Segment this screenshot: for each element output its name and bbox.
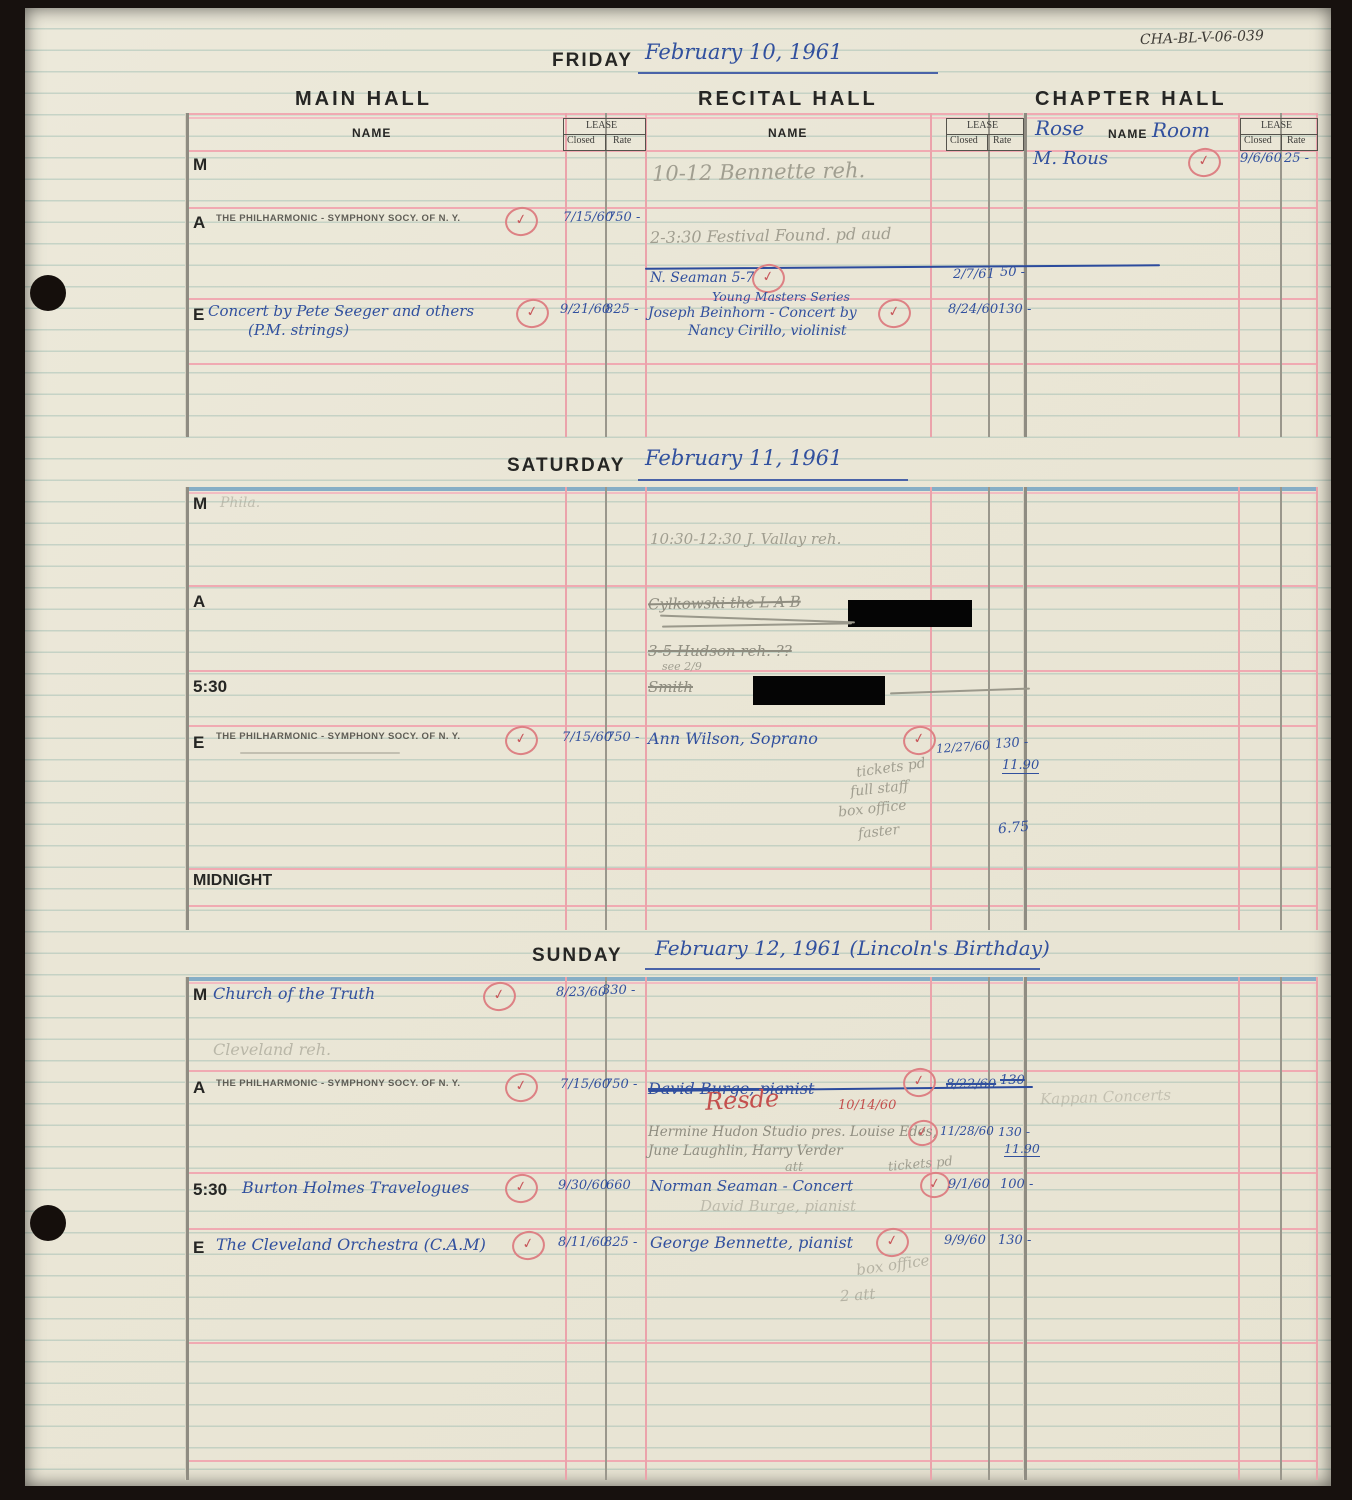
sunday-recital-e-entry: George Bennette, pianist <box>650 1233 853 1252</box>
sunday-main-530-entry: Burton Holmes Travelogues <box>242 1178 469 1197</box>
sunday-main-e-entry: The Cleveland Orchestra (C.A.M) <box>216 1235 486 1254</box>
saturday-row-530-bottom <box>185 725 1318 727</box>
main-hall-title: MAIN HALL <box>295 88 432 111</box>
sunday-recital-a3-entry: June Laughlin, Harry Verder <box>648 1143 843 1159</box>
main-closed-label: Closed <box>567 135 595 146</box>
sunday-recital-a1-closed: 8/22/60 <box>946 1077 996 1092</box>
friday-row-e-label: E <box>193 305 204 325</box>
friday-recital-e-entry: Joseph Beinhorn - Concert by <box>648 305 857 321</box>
friday-recital-a2-entry: N. Seaman 5-7 <box>650 270 754 286</box>
punch-hole-bottom <box>30 1205 66 1241</box>
friday-header-bottom <box>185 150 1318 152</box>
friday-chapter-m-closed: 9/6/60 <box>1240 151 1282 166</box>
sunday-row-a-label: A <box>193 1078 205 1098</box>
recital-hall-title: RECITAL HALL <box>698 88 878 111</box>
sunday-col-line <box>645 977 647 1480</box>
saturday-recital-a-crossed-entry2: 3-5 Hudson reh. ?? <box>648 642 792 660</box>
sunday-recital-e-closed: 9/9/60 <box>944 1233 986 1248</box>
main-rate-label: Rate <box>613 135 631 146</box>
sunday-main-m-closed: 8/23/60 <box>556 985 606 1000</box>
saturday-row-e-label: E <box>193 733 204 753</box>
sunday-row-a-bottom <box>185 1172 1318 1174</box>
saturday-row-a-label: A <box>193 592 205 612</box>
friday-recital-e-closed: 8/24/60 <box>948 302 998 317</box>
redaction-box <box>848 600 972 627</box>
friday-main-a-rate: 750 - <box>607 210 640 225</box>
sunday-main-a-stamp: THE PHILHARMONIC - SYMPHONY SOCY. OF N. … <box>216 1078 460 1089</box>
sunday-recital-a2-entry: Hermine Hudon Studio pres. Louise Edes, <box>648 1124 937 1140</box>
sunday-col-line <box>605 977 607 1480</box>
sunday-row-m-label: M <box>193 985 207 1005</box>
sunday-left-edge <box>185 977 189 1480</box>
main-name-header: NAME <box>352 126 391 140</box>
saturday-col-line <box>1280 487 1282 930</box>
sunday-main-m-rate: 330 - <box>602 983 635 998</box>
sunday-main-e-rate: 825 - <box>604 1235 637 1250</box>
saturday-col-line <box>930 487 932 930</box>
recital-rate-label: Rate <box>993 135 1011 146</box>
saturday-midnight-bottom <box>185 905 1318 907</box>
friday-row-m-bottom <box>185 207 1318 209</box>
chapter-header-note-right: Room <box>1152 118 1210 142</box>
friday-top-line2 <box>185 117 1318 119</box>
sunday-row-m-bottom <box>185 1070 1318 1072</box>
sunday-main-530-rate: 660 <box>606 1178 631 1193</box>
friday-recital-e-rate: 130 - <box>998 302 1031 317</box>
saturday-col-line <box>1023 487 1027 930</box>
sunday-col-line <box>1238 977 1240 1480</box>
friday-recital-m-entry: 10-12 Bennette reh. <box>652 158 866 186</box>
sunday-recital-e-rate: 130 - <box>998 1233 1031 1248</box>
sunday-recital-530-pencil: David Burge, pianist <box>700 1197 856 1215</box>
saturday-recital-e-amount: 6.75 <box>997 819 1029 838</box>
sunday-main-e-closed: 8/11/60 <box>558 1235 608 1250</box>
sunday-row-530-bottom <box>185 1228 1318 1230</box>
saturday-day-label: SATURDAY <box>507 455 625 477</box>
sunday-row-e-bottom <box>185 1342 1318 1344</box>
main-lease-label: LEASE <box>586 120 617 131</box>
recital-lease-box: LEASE Closed Rate <box>946 118 1024 151</box>
saturday-recital-530-crossed-entry: Smith <box>648 678 693 696</box>
saturday-recital-e-entry: Ann Wilson, Soprano <box>648 729 818 748</box>
sunday-recital-a3-pencil-note: att <box>785 1160 803 1175</box>
saturday-right-edge <box>1316 487 1318 930</box>
sunday-recital-a1-red-note: Resde <box>704 1084 780 1116</box>
friday-date-underline <box>638 72 938 74</box>
chapter-lease-label: LEASE <box>1261 120 1292 131</box>
saturday-col-line <box>565 487 567 930</box>
sunday-recital-530-entry: Norman Seaman - Concert <box>650 1177 853 1195</box>
friday-right-edge <box>1316 113 1318 437</box>
friday-main-e-entry2: (P.M. strings) <box>248 321 349 339</box>
recital-lease-label: LEASE <box>967 120 998 131</box>
saturday-top-line2 <box>185 492 1318 494</box>
lease-divider <box>987 135 988 151</box>
saturday-midnight-label: MIDNIGHT <box>193 872 272 890</box>
saturday-recital-m-entry: 10:30-12:30 J. Vallay reh. <box>650 530 841 548</box>
sunday-date-underline <box>645 968 1040 970</box>
sunday-recital-530-closed: 9/1/60 <box>948 1177 990 1192</box>
saturday-col-line <box>988 487 990 930</box>
friday-top-line1 <box>185 113 1318 115</box>
friday-col-line <box>565 113 567 437</box>
friday-date: February 10, 1961 <box>645 40 842 64</box>
chapter-header-note-left: Rose <box>1035 116 1084 140</box>
saturday-date: February 11, 1961 <box>645 446 842 470</box>
punch-hole-top <box>30 275 66 311</box>
redaction-box <box>753 676 885 705</box>
sunday-row-e-label: E <box>193 1238 204 1258</box>
friday-main-e-entry: Concert by Pete Seeger and others <box>208 302 474 320</box>
friday-col-line <box>605 113 607 437</box>
friday-main-a-closed: 7/15/60 <box>563 210 613 225</box>
friday-recital-a2-rate: 50 - <box>1000 265 1025 280</box>
sunday-recital-a1-rate: 130 <box>1000 1073 1025 1088</box>
sunday-col-line <box>988 977 990 1480</box>
chapter-rate-label: Rate <box>1287 135 1305 146</box>
sunday-col-line <box>565 977 567 1480</box>
sunday-day-label: SUNDAY <box>532 945 623 967</box>
friday-recital-e-series: Young Masters Series <box>712 289 850 304</box>
sunday-bottom-line <box>185 1460 1318 1462</box>
saturday-date-underline <box>638 479 908 481</box>
friday-day-label: FRIDAY <box>552 50 633 72</box>
saturday-main-e-closed: 7/15/60 <box>562 730 612 745</box>
sunday-col-line <box>1023 977 1027 1480</box>
saturday-main-m-pencil: Phila. <box>220 495 260 511</box>
chapter-hall-title: CHAPTER HALL <box>1035 88 1227 111</box>
friday-left-edge <box>185 113 189 437</box>
saturday-row-530-label: 5:30 <box>193 677 227 697</box>
friday-col-line <box>645 113 647 437</box>
friday-main-e-closed: 9/21/60 <box>560 302 610 317</box>
saturday-recital-a-crossed-entry: Cylkowski the L A B <box>648 593 801 614</box>
friday-row-a-label: A <box>193 213 205 233</box>
lease-divider <box>605 135 606 151</box>
saturday-recital-e-rate: 130 - <box>995 735 1029 752</box>
lease-divider <box>1281 135 1282 151</box>
illegible-scribble <box>240 752 400 754</box>
chapter-lease-box: LEASE Closed Rate <box>1240 118 1318 151</box>
saturday-col-line <box>1238 487 1240 930</box>
saturday-recital-e-rate2: 11.90 <box>1002 758 1039 774</box>
friday-chapter-m-rate: 25 - <box>1284 151 1309 166</box>
saturday-row-m-label: M <box>193 494 207 514</box>
sunday-date: February 12, 1961 (Lincoln's Birthday) <box>655 936 1050 960</box>
saturday-top-line <box>185 487 1318 491</box>
friday-recital-a2-closed: 2/7/61 <box>953 267 995 282</box>
friday-main-a-stamp: THE PHILHARMONIC - SYMPHONY SOCY. OF N. … <box>216 213 460 224</box>
saturday-row-m-bottom <box>185 585 1318 587</box>
sunday-recital-a2-rate: 130 - <box>998 1124 1030 1139</box>
recital-name-header: NAME <box>768 126 807 140</box>
saturday-col-line <box>645 487 647 930</box>
saturday-main-e-rate: 750 - <box>606 730 639 745</box>
saturday-left-edge <box>185 487 189 930</box>
sunday-main-a-rate: 750 - <box>604 1077 637 1092</box>
sunday-main-530-closed: 9/30/60 <box>558 1178 608 1193</box>
recital-closed-label: Closed <box>950 135 978 146</box>
sunday-recital-530-rate: 100 - <box>1000 1177 1033 1192</box>
sunday-row-530-label: 5:30 <box>193 1180 227 1200</box>
saturday-row-a-bottom <box>185 670 1318 672</box>
friday-recital-e-entry2: Nancy Cirillo, violinist <box>688 323 847 339</box>
chapter-closed-label: Closed <box>1244 135 1272 146</box>
chapter-name-header: NAME <box>1108 127 1147 141</box>
sunday-recital-a2-rate2: 11.90 <box>1004 1141 1040 1157</box>
sunday-main-a-closed: 7/15/60 <box>560 1077 610 1092</box>
main-lease-box: LEASE Closed Rate <box>563 118 646 151</box>
sunday-recital-a2-closed: 11/28/60 <box>940 1124 994 1138</box>
friday-chapter-m-entry: M. Rous <box>1033 148 1108 169</box>
saturday-row-e-bottom <box>185 868 1318 870</box>
sunday-top-line <box>185 977 1318 981</box>
friday-main-e-rate: 825 - <box>605 302 638 317</box>
sunday-col-line <box>930 977 932 1480</box>
sunday-right-edge <box>1316 977 1318 1480</box>
saturday-main-e-stamp: THE PHILHARMONIC - SYMPHONY SOCY. OF N. … <box>216 731 460 742</box>
sunday-main-m-entry: Church of the Truth <box>213 984 375 1003</box>
sunday-col-line <box>1280 977 1282 1480</box>
friday-col-line <box>930 113 932 437</box>
saturday-recital-a-note: see 2/9 <box>662 660 702 673</box>
sunday-recital-a1-red-date: 10/14/60 <box>838 1098 896 1113</box>
sunday-main-m-pencil: Cleveland reh. <box>213 1040 331 1059</box>
saturday-col-line <box>605 487 607 930</box>
friday-row-m-label: M <box>193 155 207 175</box>
sunday-recital-e-pencil-note2: 2 att <box>839 1285 875 1305</box>
friday-row-e-bottom <box>185 363 1318 365</box>
